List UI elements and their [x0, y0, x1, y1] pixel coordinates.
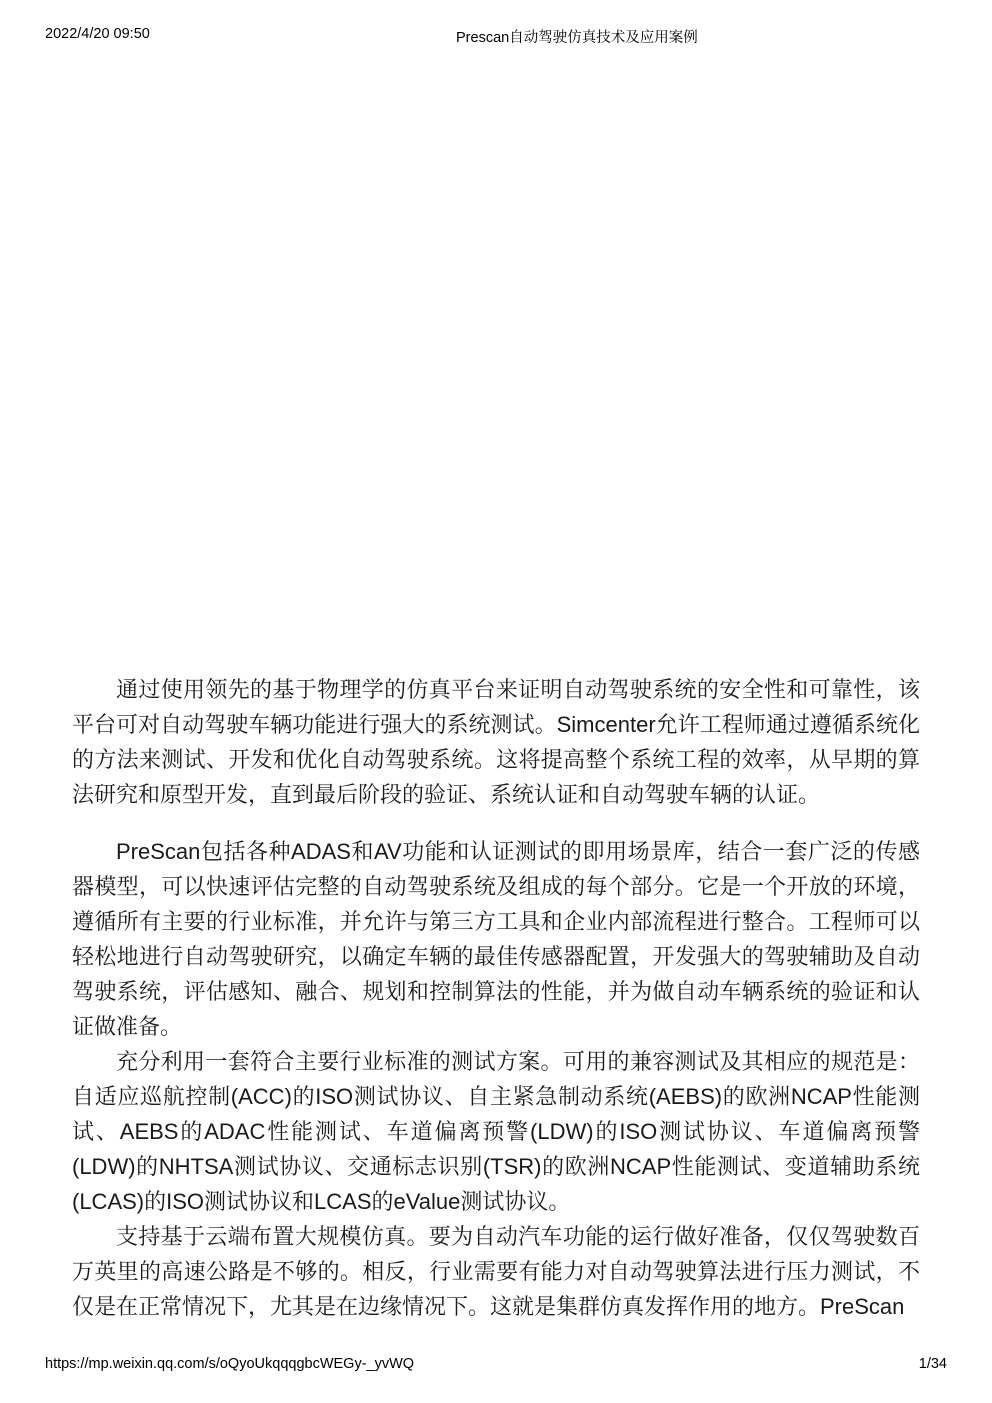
print-header: 2022/4/20 09:50 Prescan自动驾驶仿真技术及应用案例 [45, 26, 947, 46]
paragraph-test-protocols: 充分利用一套符合主要行业标准的测试方案。可用的兼容测试及其相应的规范是：自适应巡… [72, 1044, 920, 1219]
article-body: 通过使用领先的基于物理学的仿真平台来证明自动驾驶系统的安全性和可靠性，该平台可对… [72, 672, 920, 1324]
blank-image-area [0, 60, 992, 660]
paragraph-prescan-overview: PreScan包括各种ADAS和AV功能和认证测试的即用场景库，结合一套广泛的传… [72, 834, 920, 1044]
print-page: 2022/4/20 09:50 Prescan自动驾驶仿真技术及应用案例 通过使… [0, 0, 992, 1403]
source-url: https://mp.weixin.qq.com/s/oQyoUkqqqgbcW… [45, 1356, 414, 1372]
paragraph-platform-intro: 通过使用领先的基于物理学的仿真平台来证明自动驾驶系统的安全性和可靠性，该平台可对… [72, 672, 920, 812]
document-title: Prescan自动驾驶仿真技术及应用案例 [456, 26, 698, 47]
page-number: 1/34 [919, 1356, 947, 1372]
paragraph-cloud-simulation: 支持基于云端布置大规模仿真。要为自动汽车功能的运行做好准备，仅仅驾驶数百万英里的… [72, 1219, 920, 1324]
print-footer: https://mp.weixin.qq.com/s/oQyoUkqqqgbcW… [45, 1356, 947, 1376]
print-datetime: 2022/4/20 09:50 [45, 26, 150, 42]
